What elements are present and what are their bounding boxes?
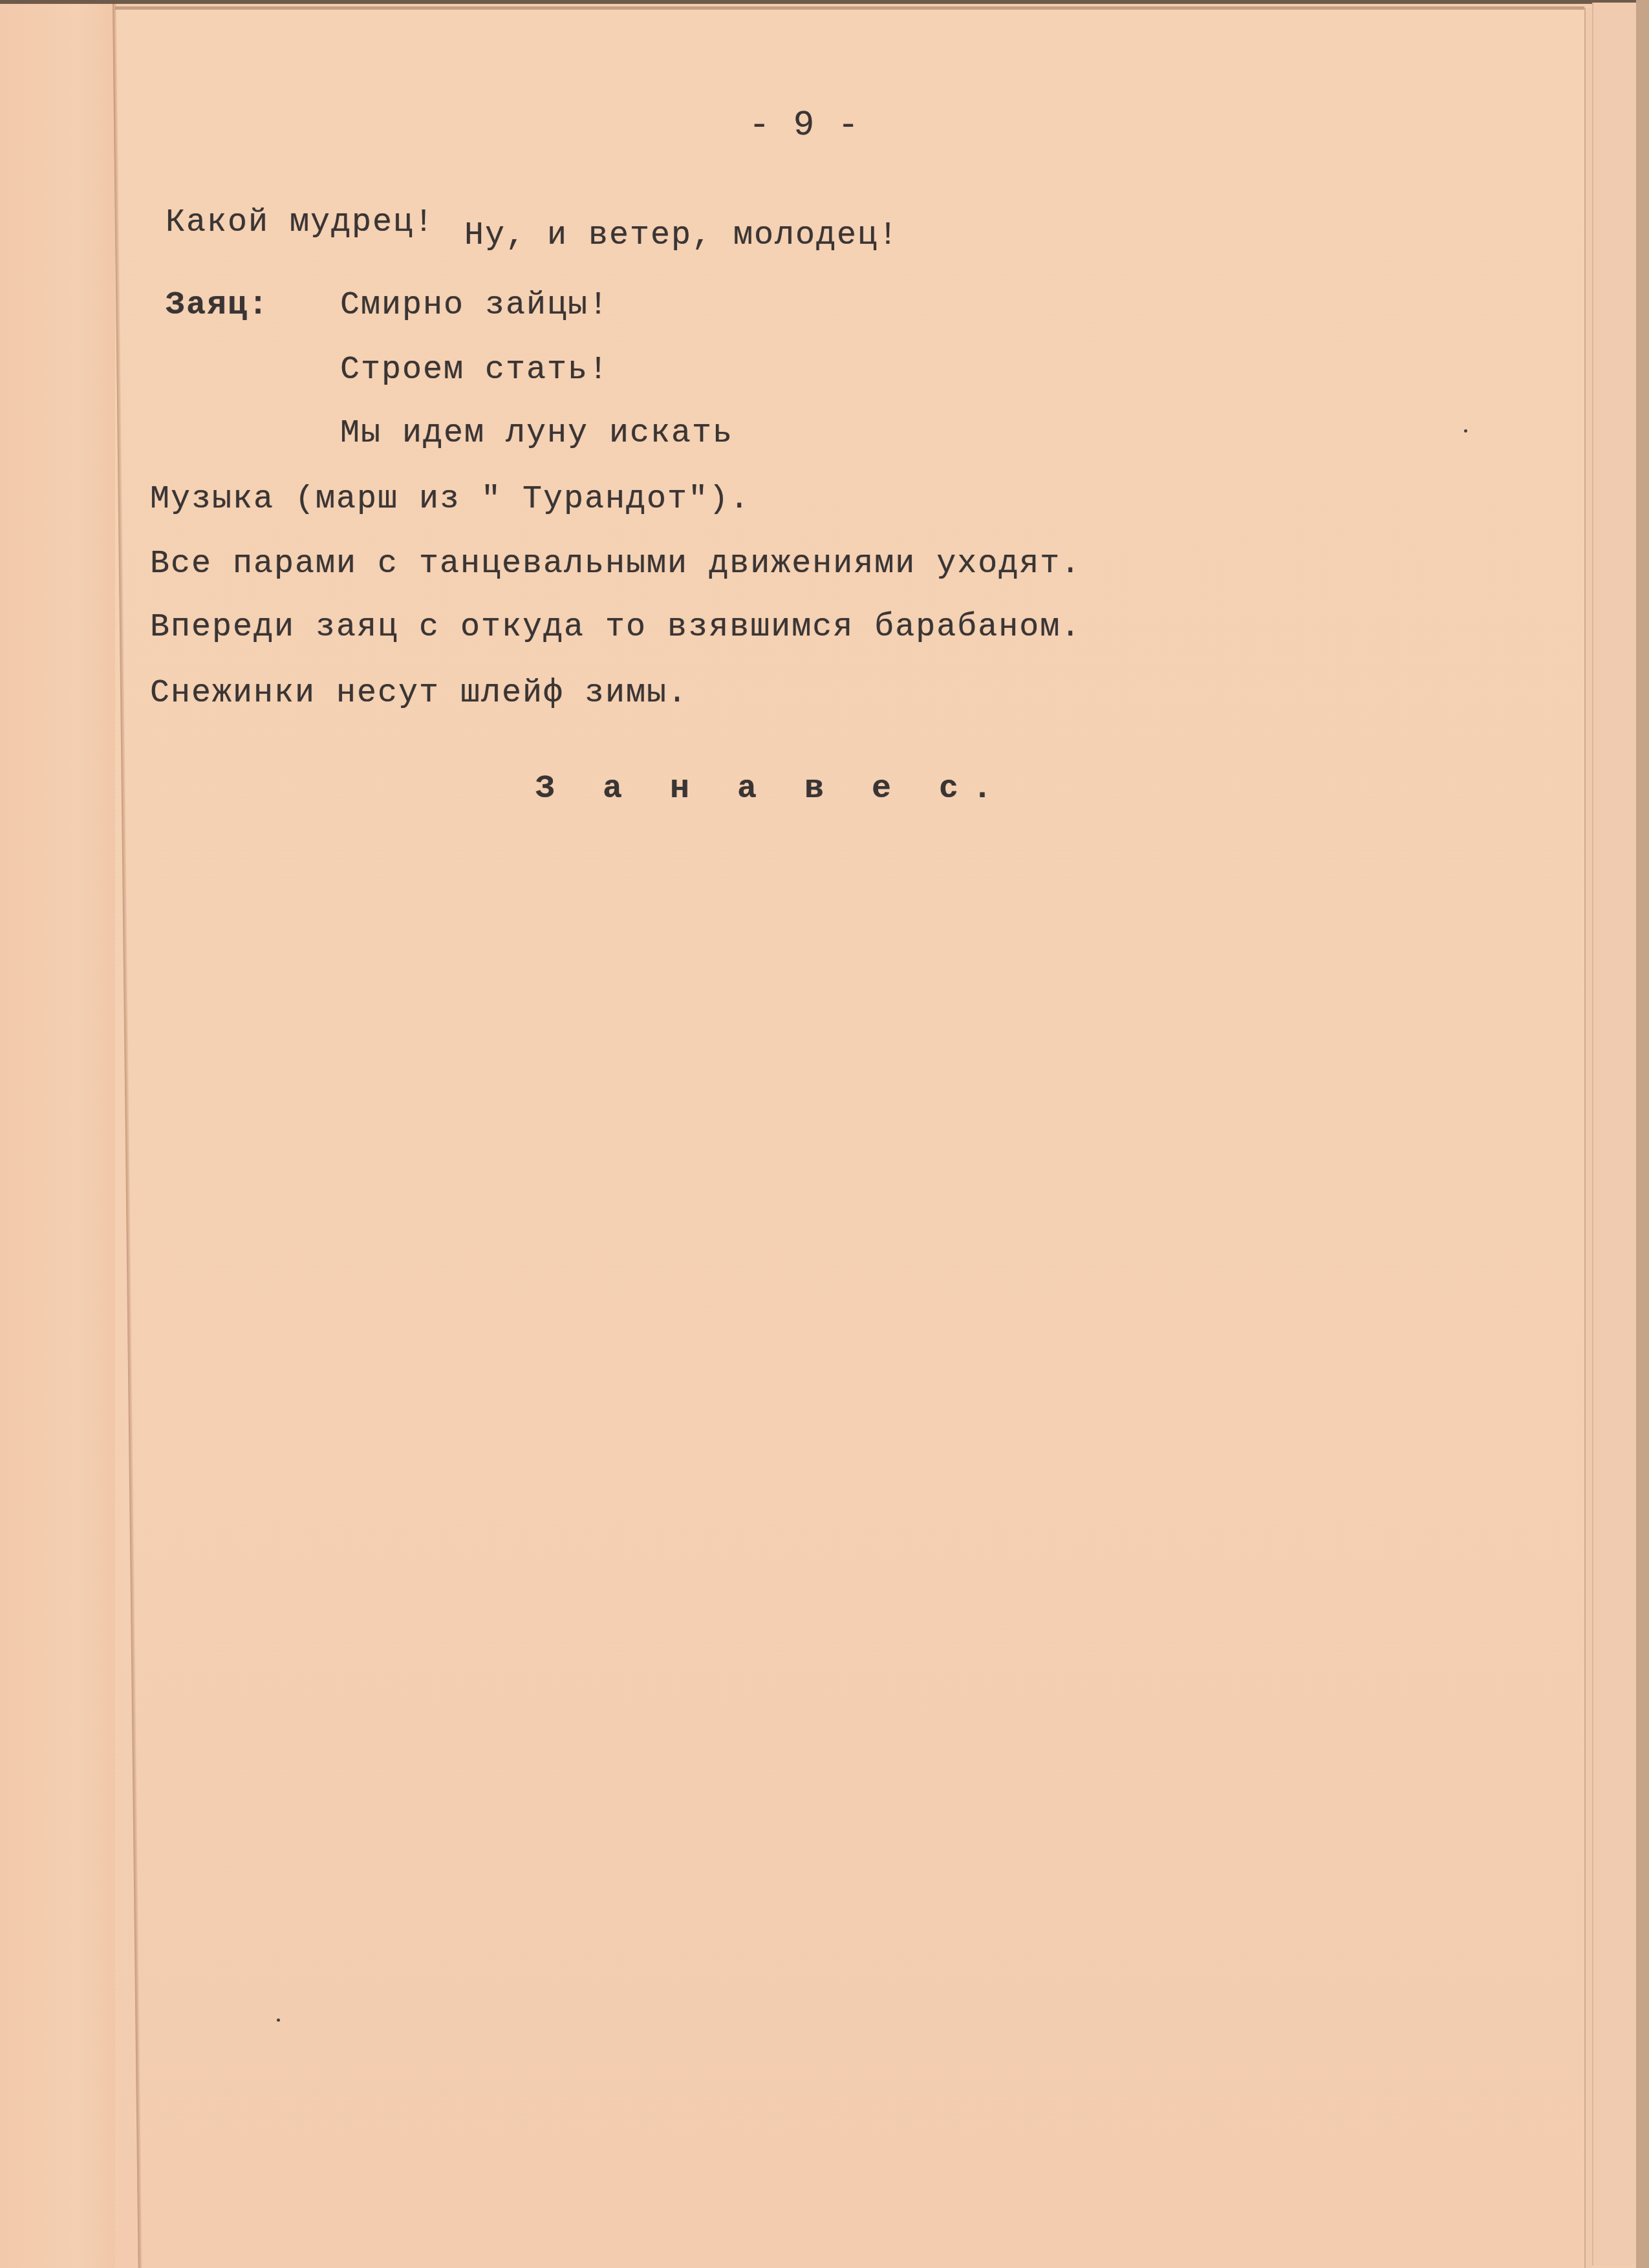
underlying-page-edge xyxy=(1592,3,1640,2265)
ink-speck xyxy=(277,2018,280,2022)
page-number: - 9 - xyxy=(749,109,860,144)
right-page-edge xyxy=(1584,8,1592,2268)
curtain-ending: З а н а в е с. xyxy=(535,773,1006,806)
scanned-page: - 9 - Какой мудрец! Ну, и ветер, молодец… xyxy=(0,0,1649,2268)
stage-direction-music: Музыка (марш из " Турандот"). xyxy=(150,484,750,516)
line-attention-hares: Смирно зайцы! xyxy=(340,290,609,322)
scanner-right-edge xyxy=(1636,0,1649,2268)
left-page-edge xyxy=(0,4,129,2268)
line-seek-moon: Мы идем луну искать xyxy=(340,418,733,450)
scanner-edge xyxy=(0,0,1649,4)
speaker-hare: Заяц: xyxy=(166,290,269,322)
line-fall-in: Строем стать! xyxy=(340,354,609,387)
line-wise-man: Какой мудрец! xyxy=(166,207,435,239)
stage-direction-snowflakes: Снежинки несут шлейф зимы. xyxy=(150,678,688,710)
page-top-edge xyxy=(115,6,1584,10)
typewritten-page xyxy=(115,8,1584,2268)
stage-direction-exit: Все парами с танцевальными движениями ух… xyxy=(150,548,1081,581)
stage-direction-drum: Впереди заяц с откуда то взявшимся бараб… xyxy=(150,612,1081,644)
ink-speck xyxy=(1464,429,1467,433)
line-wind-well-done: Ну, и ветер, молодец! xyxy=(464,220,899,252)
